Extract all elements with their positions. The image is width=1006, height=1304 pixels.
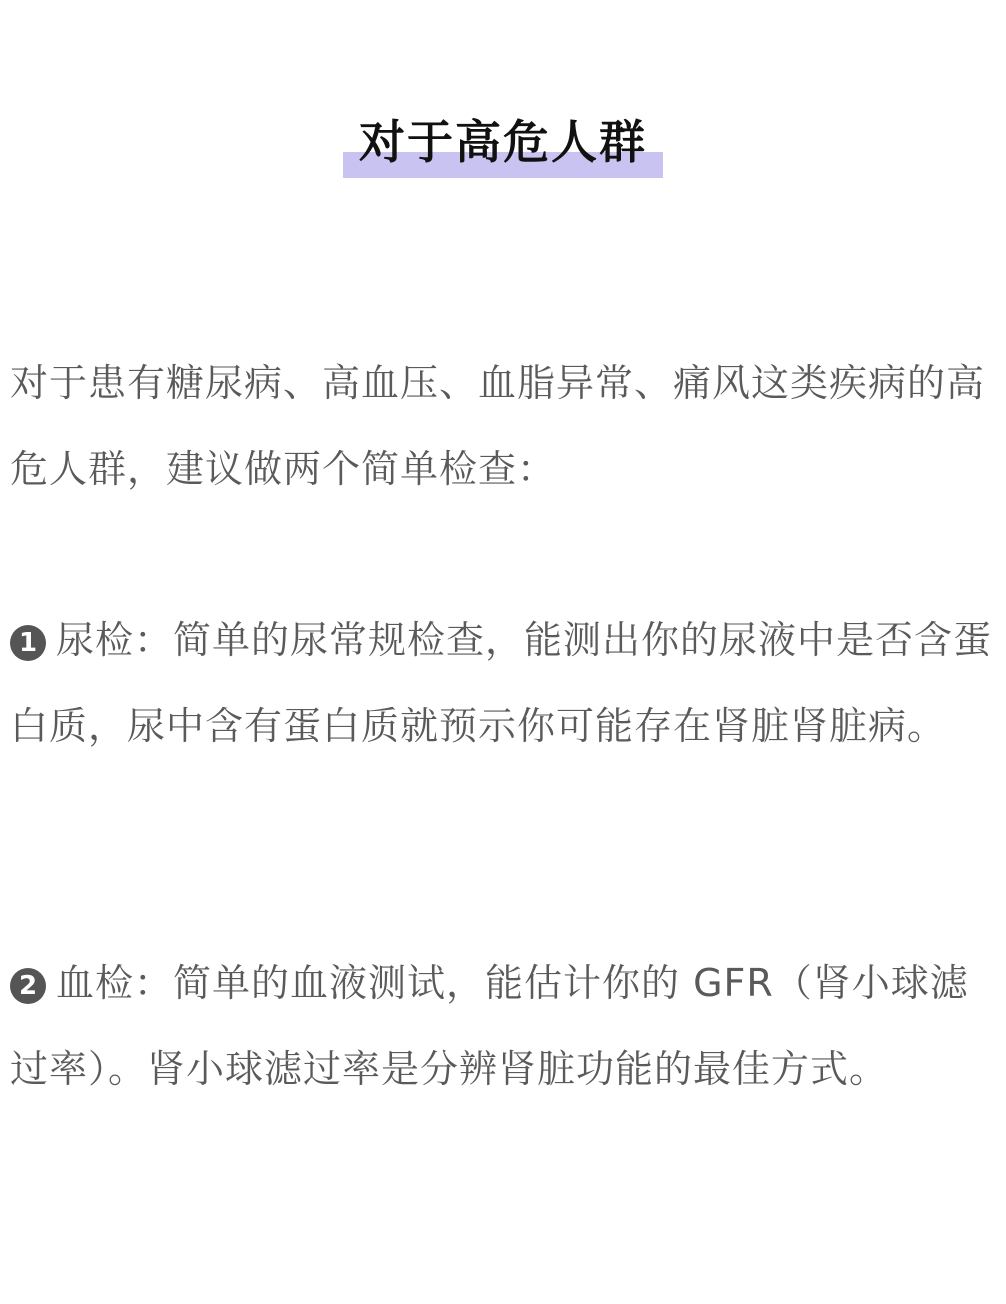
section-title: 对于高危人群 (343, 112, 663, 172)
list-item-urine-test: 1尿检：简单的尿常规检查，能测出你的尿液中是否含蛋白质，尿中含有蛋白质就预示你可… (10, 597, 1005, 769)
list-item-text: 血检：简单的血液测试，能估计你的 GFR（肾小球滤过率）。肾小球滤过率是分辨肾脏… (10, 961, 969, 1091)
intro-paragraph: 对于患有糖尿病、高血压、血脂异常、痛风这类疾病的高危人群，建议做两个简单检查： (10, 340, 1005, 512)
list-item-text: 尿检：简单的尿常规检查，能测出你的尿液中是否含蛋白质，尿中含有蛋白质就预示你可能… (10, 618, 992, 748)
title-container: 对于高危人群 (0, 112, 1006, 172)
section-title-text: 对于高危人群 (359, 115, 647, 169)
circled-number-1-icon: 1 (10, 625, 46, 661)
intro-text: 对于患有糖尿病、高血压、血脂异常、痛风这类疾病的高危人群，建议做两个简单检查： (10, 361, 985, 491)
list-item-blood-test: 2血检：简单的血液测试，能估计你的 GFR（肾小球滤过率）。肾小球滤过率是分辨肾… (10, 940, 1005, 1112)
circled-number-2-icon: 2 (10, 968, 46, 1004)
